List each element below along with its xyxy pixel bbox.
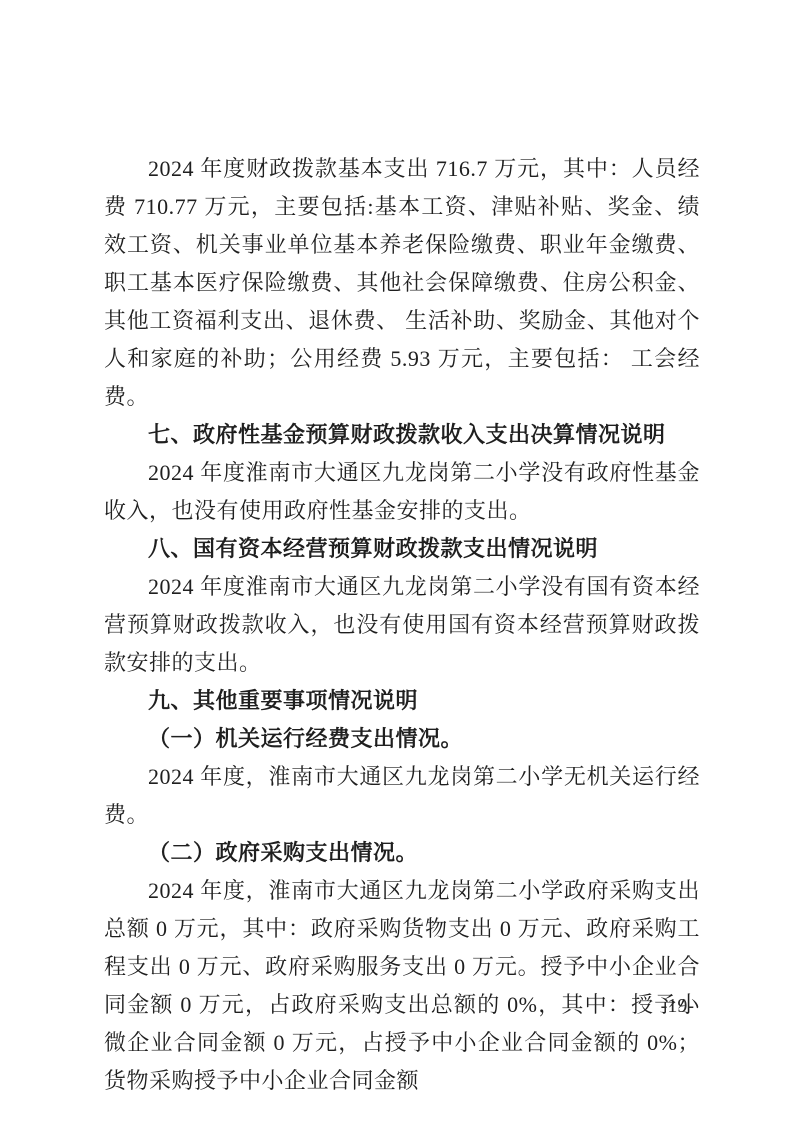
heading-subsection-one-operating-funds: （一）机关运行经费支出情况。 bbox=[104, 720, 700, 758]
paragraph-govt-funds-statement: 2024 年度淮南市大通区九龙岗第二小学没有政府性基金收入，也没有使用政府性基金… bbox=[104, 454, 700, 530]
document-content: 2024 年度财政拨款基本支出 716.7 万元，其中：人员经费 710.77 … bbox=[104, 150, 700, 1100]
heading-section-nine-other-matters: 九、其他重要事项情况说明 bbox=[104, 682, 700, 720]
paragraph-fiscal-basic-expenditure: 2024 年度财政拨款基本支出 716.7 万元，其中：人员经费 710.77 … bbox=[104, 150, 700, 416]
page-number: -19- bbox=[661, 994, 694, 1018]
heading-section-eight-state-capital: 八、国有资本经营预算财政拨款支出情况说明 bbox=[104, 530, 700, 568]
paragraph-operating-funds-statement: 2024 年度，淮南市大通区九龙岗第二小学无机关运行经费。 bbox=[104, 758, 700, 834]
heading-subsection-two-procurement: （二）政府采购支出情况。 bbox=[104, 834, 700, 872]
paragraph-state-capital-statement: 2024 年度淮南市大通区九龙岗第二小学没有国有资本经营预算财政拨款收入，也没有… bbox=[104, 568, 700, 682]
heading-section-seven-govt-funds: 七、政府性基金预算财政拨款收入支出决算情况说明 bbox=[104, 416, 700, 454]
paragraph-procurement-statement: 2024 年度，淮南市大通区九龙岗第二小学政府采购支出总额 0 万元，其中：政府… bbox=[104, 872, 700, 1100]
document-page: 2024 年度财政拨款基本支出 716.7 万元，其中：人员经费 710.77 … bbox=[0, 0, 793, 1122]
